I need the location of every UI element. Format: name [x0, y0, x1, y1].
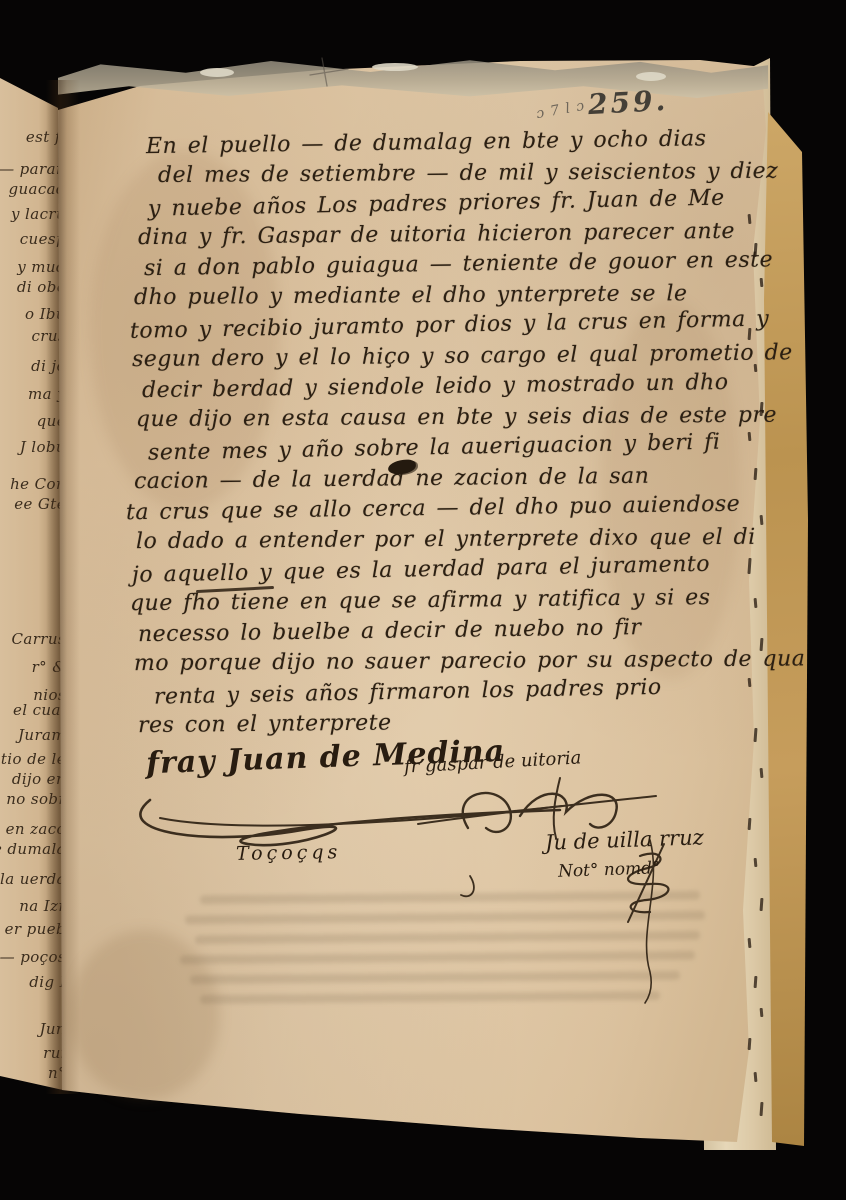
paper-chip — [636, 72, 666, 81]
facing-page-text-fragment: tio de le — [1, 750, 66, 768]
facing-page-text-fragment: dig I — [29, 973, 66, 991]
facing-page-text-fragment: er pueb — [5, 920, 66, 938]
facing-page-text-fragment: el cual — [13, 701, 66, 719]
facing-page-text-fragment: ee Gte — [14, 495, 66, 513]
facing-page-text-fragment: no sobr — [6, 790, 66, 808]
facing-page-text-fragment: la uerda — [0, 870, 66, 888]
facing-page-text-fragment: — poços — [0, 948, 66, 966]
facing-page-text-fragment: e dumala — [0, 840, 66, 858]
facing-page-text-fragment: na Izr — [19, 897, 66, 915]
facing-page-text-fragment: y lacru — [11, 205, 66, 223]
facing-page-text-fragment: dijo en — [12, 770, 66, 788]
facing-page-text-fragment: di obe — [17, 278, 66, 296]
facing-page-text-fragment: en zaco — [6, 820, 66, 838]
signature-interpreter: Toçoçqs — [236, 841, 342, 865]
facing-page-text-fragment: J lobu — [20, 438, 66, 456]
facing-page-text-fragment: he Con — [10, 475, 66, 493]
signature-notary-title: Not° nomd° — [558, 858, 661, 882]
facing-page-text-fragment: — paran — [0, 160, 66, 178]
facing-page-text-fragment: Juram — [18, 726, 66, 744]
manuscript-photo: est fi— paranguacady lacrucuespy muddi o… — [0, 0, 846, 1200]
manuscript-text-block: En el puello — de dumalag en bte y ocho … — [132, 128, 736, 738]
facing-page-text-fragment: guacad — [8, 180, 66, 198]
facing-page-text-fragment: Carrus — [11, 630, 66, 648]
page-number: 259. — [587, 84, 669, 121]
paper-chip — [200, 68, 234, 77]
paper-chip — [372, 63, 418, 71]
